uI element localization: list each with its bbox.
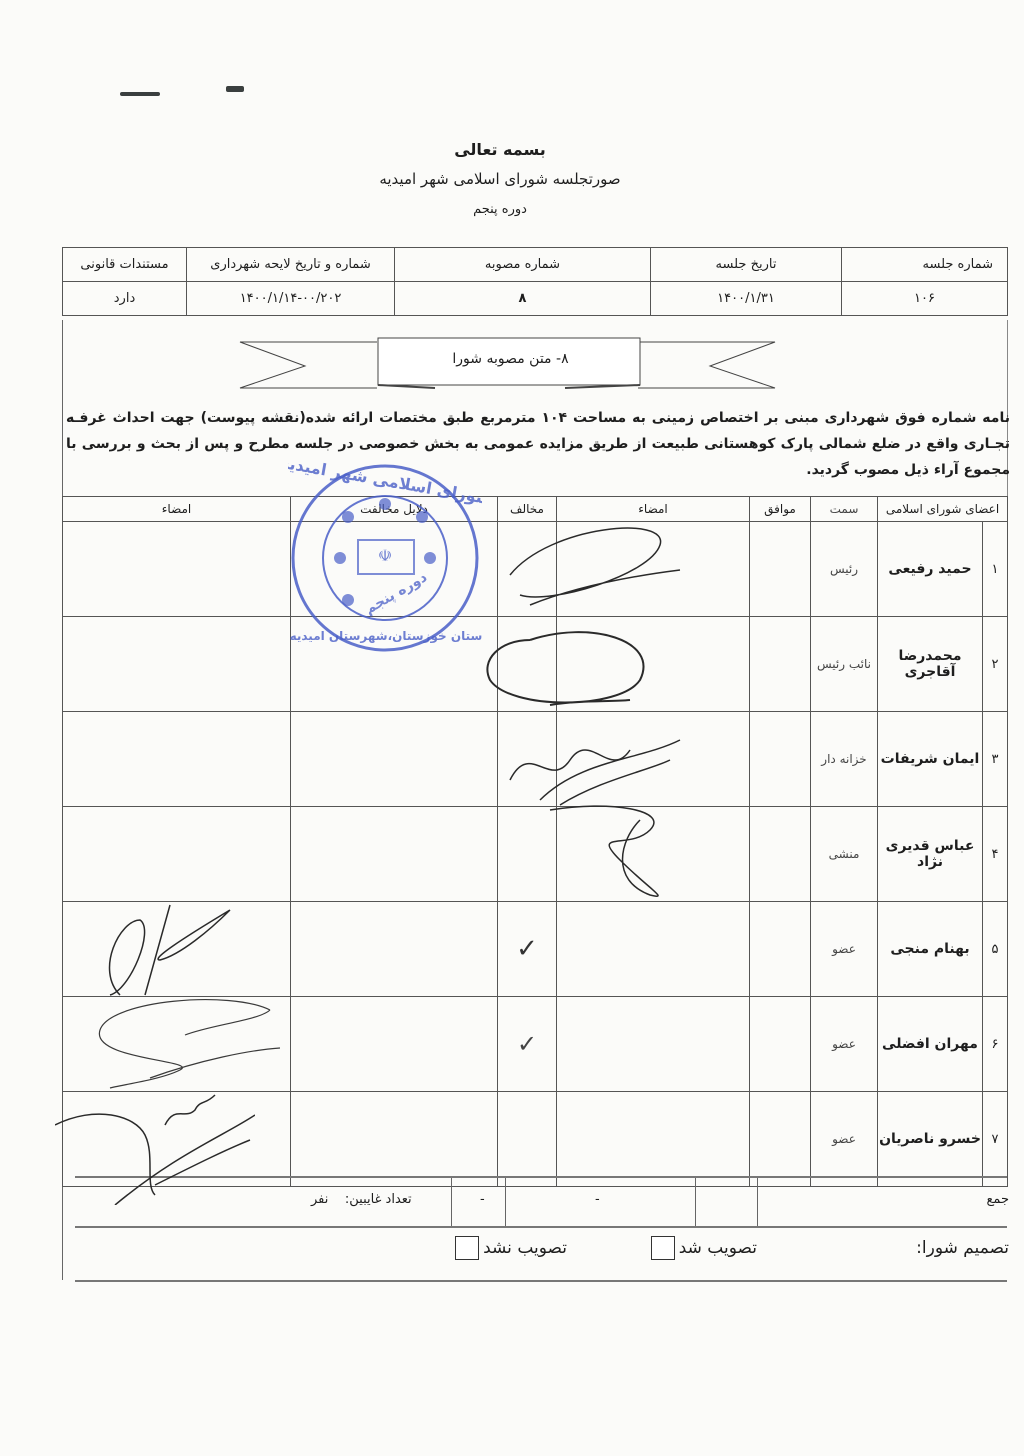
table-row: ۵ بهنام منجی عضو ✓ (63, 902, 1008, 997)
scan-artifact (120, 92, 160, 96)
row-number: ۳ (983, 712, 1008, 807)
council-decision-row: تصمیم شورا: تصویب شد تصویب نشد (75, 1226, 1007, 1282)
header-role: سمت (811, 497, 878, 522)
rejected-checkbox[interactable] (455, 1236, 479, 1260)
session-info-value-row: ۱۰۶ ۱۴۰۰/۱/۳۱ ۸ ۱۴۰۰/۱/۱۴-۰۰/۲۰۲ دارد (63, 282, 1008, 316)
agree-cell (750, 712, 811, 807)
session-info-header-row: شماره جلسه تاریخ جلسه شماره مصوبه شماره … (63, 248, 1008, 282)
signature-cell (63, 1092, 291, 1187)
section-heading: ۸- متن مصوبه شورا (378, 340, 643, 378)
column-divider (451, 1178, 452, 1228)
legal-documents: دارد (63, 282, 187, 316)
member-name: خسرو ناصریان (878, 1092, 983, 1187)
signature-cell (557, 902, 750, 997)
agree-cell (750, 1092, 811, 1187)
approved-checkbox[interactable] (651, 1236, 675, 1260)
agree-cell (750, 902, 811, 997)
signature-cell (557, 617, 750, 712)
absent-count: تعداد غایبین: نفر (311, 1192, 412, 1207)
resolution-number: ۸ (395, 282, 651, 316)
header-council-members: اعضای شورای اسلامی (878, 497, 1008, 522)
header-signature: امضاء (557, 497, 750, 522)
member-name: مهران افضلی (878, 997, 983, 1092)
row-number: ۱ (983, 522, 1008, 617)
signature-cell (557, 807, 750, 902)
totals-label: جمع (987, 1192, 1009, 1207)
member-name: بهنام منجی (878, 902, 983, 997)
oppose-cell (498, 807, 557, 902)
header-resolution-number: شماره مصوبه (395, 248, 651, 282)
oppose-cell (498, 712, 557, 807)
table-row: ۶ مهران افضلی عضو ✓ (63, 997, 1008, 1092)
header-session-number: شماره جلسه (842, 248, 1008, 282)
agree-cell (750, 807, 811, 902)
header-bill-number-date: شماره و تاریخ لایحه شهرداری (187, 248, 395, 282)
header-session-date: تاریخ جلسه (651, 248, 842, 282)
decision-label: تصمیم شورا: (916, 1238, 1009, 1258)
column-divider (505, 1178, 506, 1228)
absent-label: تعداد غایبین: (345, 1192, 412, 1207)
oppose-checkmark-icon: ✓ (498, 997, 557, 1092)
row-number: ۵ (983, 902, 1008, 997)
oppose-cell (498, 1092, 557, 1187)
reason-cell (291, 807, 498, 902)
signature-cell (63, 807, 291, 902)
member-role: رئیس (811, 522, 878, 617)
member-role: منشی (811, 807, 878, 902)
signature-cell (63, 997, 291, 1092)
reason-cell (291, 1092, 498, 1187)
reason-cell (291, 902, 498, 997)
signature-cell (63, 617, 291, 712)
row-number: ۷ (983, 1092, 1008, 1187)
rejected-label: تصویب نشد (483, 1238, 567, 1258)
signature-cell (557, 1092, 750, 1187)
signature-cell (63, 712, 291, 807)
session-date: ۱۴۰۰/۱/۳۱ (651, 282, 842, 316)
bill-number-date: ۱۴۰۰/۱/۱۴-۰۰/۲۰۲ (187, 282, 395, 316)
header-oppose: مخالف (498, 497, 557, 522)
approved-label: تصویب شد (679, 1238, 757, 1258)
svg-text:☫: ☫ (378, 546, 392, 565)
table-row: ۳ ایمان شریفات خزانه دار (63, 712, 1008, 807)
agree-cell (750, 522, 811, 617)
member-role: نائب رئیس (811, 617, 878, 712)
reason-cell (291, 712, 498, 807)
row-number: ۴ (983, 807, 1008, 902)
member-name: عباس قدیری نژاد (878, 807, 983, 902)
column-divider (695, 1178, 696, 1228)
scan-artifact (226, 86, 244, 92)
agree-cell (750, 997, 811, 1092)
member-name: حمید رفیعی (878, 522, 983, 617)
signature-cell (63, 902, 291, 997)
svg-text:استان خوزستان،شهرستان امیدیه: استان خوزستان،شهرستان امیدیه (290, 629, 482, 644)
council-term: دوره پنجم (0, 202, 1000, 217)
row-number: ۲ (983, 617, 1008, 712)
member-role: عضو (811, 1092, 878, 1187)
header-signature: امضاء (63, 497, 291, 522)
signature-cell (63, 522, 291, 617)
votes-table: اعضای شورای اسلامی سمت موافق امضاء مخالف… (62, 496, 1008, 1187)
reason-cell (291, 997, 498, 1092)
session-number: ۱۰۶ (842, 282, 1008, 316)
signature-cell (557, 522, 750, 617)
member-name: محمدرضا آقاجری (878, 617, 983, 712)
session-info-table: شماره جلسه تاریخ جلسه شماره مصوبه شماره … (62, 247, 1008, 316)
member-role: عضو (811, 997, 878, 1092)
approved-option[interactable]: تصویب شد (651, 1236, 757, 1260)
rejected-option[interactable]: تصویب نشد (455, 1236, 567, 1260)
oppose-checkmark-icon: ✓ (498, 902, 557, 997)
oppose-total: - (480, 1192, 485, 1207)
agree-total: - (595, 1192, 600, 1207)
header-agree: موافق (750, 497, 811, 522)
document-title: صورتجلسه شورای اسلامی شهر امیدیه (0, 170, 1000, 188)
totals-row: جمع - - تعداد غایبین: نفر (75, 1176, 1007, 1228)
header-legal-documents: مستندات قانونی (63, 248, 187, 282)
table-row: ۲ محمدرضا آقاجری نائب رئیس (63, 617, 1008, 712)
votes-header-row: اعضای شورای اسلامی سمت موافق امضاء مخالف… (63, 497, 1008, 522)
table-row: ۴ عباس قدیری نژاد منشی (63, 807, 1008, 902)
member-name: ایمان شریفات (878, 712, 983, 807)
member-role: خزانه دار (811, 712, 878, 807)
agree-cell (750, 617, 811, 712)
official-stamp-icon: ☫ دوره پنجم شورای اسلامی شهر امیدیه استا… (288, 462, 482, 654)
table-row: ۱ حمید رفیعی رئیس (63, 522, 1008, 617)
signature-cell (557, 712, 750, 807)
resolution-body-text: نامه شماره فوق شهرداری مبنی بر اختصاص زم… (66, 405, 1010, 483)
invocation-heading: بسمه تعالی (0, 140, 1000, 159)
signature-cell (557, 997, 750, 1092)
table-row: ۷ خسرو ناصریان عضو (63, 1092, 1008, 1187)
oppose-cell (498, 522, 557, 617)
absent-unit: نفر (311, 1192, 328, 1207)
row-number: ۶ (983, 997, 1008, 1092)
column-divider (757, 1178, 758, 1228)
oppose-cell (498, 617, 557, 712)
member-role: عضو (811, 902, 878, 997)
